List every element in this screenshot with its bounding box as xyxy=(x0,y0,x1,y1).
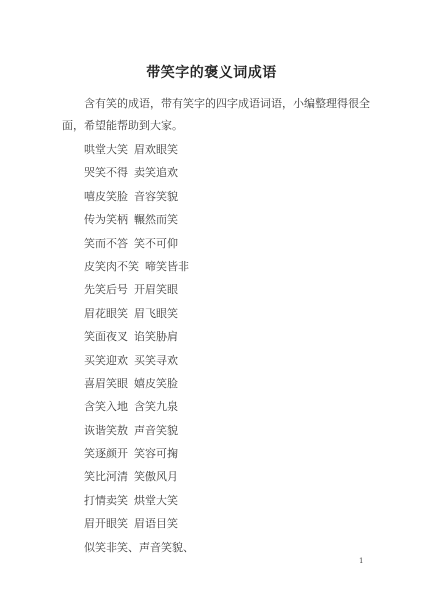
idiom-line: 笑而不答笑不可仰 xyxy=(84,232,194,255)
idiom: 音容笑貌 xyxy=(134,190,178,203)
idiom: 眉欢眼笑 xyxy=(134,143,178,156)
idiom-line: 先笑后号开眉笑眼 xyxy=(84,278,194,301)
idiom: 似笑非笑、 xyxy=(84,541,139,554)
page-title: 带笑字的褒义词成语 xyxy=(0,62,423,82)
idiom: 笑比河清 xyxy=(84,470,128,483)
idiom-line: 含笑入地含笑九泉 xyxy=(84,395,194,418)
idiom-line: 嘻皮笑脸音容笑貌 xyxy=(84,185,194,208)
idiom-line: 诙谐笑敖声音笑貌 xyxy=(84,419,194,442)
idiom-line: 似笑非笑、声音笑貌、 xyxy=(84,536,194,559)
idiom: 啼笑皆非 xyxy=(145,260,189,273)
idiom: 传为笑柄 xyxy=(84,213,128,226)
idiom: 喜眉笑眼 xyxy=(84,377,128,390)
idiom-line: 眉开眼笑眉语目笑 xyxy=(84,512,194,535)
idiom: 嘻皮笑脸 xyxy=(84,190,128,203)
idiom: 笑而不答 xyxy=(84,237,128,250)
idiom: 谄笑胁肩 xyxy=(134,330,178,343)
idiom: 声音笑貌、 xyxy=(139,541,194,554)
idiom: 先笑后号 xyxy=(84,283,128,296)
idiom: 嬉皮笑脸 xyxy=(134,377,178,390)
idiom-line: 传为笑柄冁然而笑 xyxy=(84,208,194,231)
idiom: 开眉笑眼 xyxy=(134,283,178,296)
idiom: 打情卖笑 xyxy=(84,494,128,507)
idiom: 眉开眼笑 xyxy=(84,517,128,530)
idiom-line: 皮笑肉不笑啼笑皆非 xyxy=(84,255,194,278)
document-page: 带笑字的褒义词成语 含有笑的成语，带有笑字的四字成语词语，小编整理得很全面，希望… xyxy=(0,0,423,600)
idiom-line: 笑面夜叉谄笑胁肩 xyxy=(84,325,194,348)
page-number: 1 xyxy=(359,557,363,565)
idiom-line: 哭笑不得卖笑追欢 xyxy=(84,161,194,184)
idiom: 笑逐颜开 xyxy=(84,447,128,460)
idiom: 哄堂大笑 xyxy=(84,143,128,156)
idiom-line: 喜眉笑眼嬉皮笑脸 xyxy=(84,372,194,395)
idiom: 卖笑追欢 xyxy=(134,166,178,179)
idiom: 眉花眼笑 xyxy=(84,307,128,320)
idiom: 买笑迎欢 xyxy=(84,354,128,367)
idiom-list: 哄堂大笑眉欢眼笑 哭笑不得卖笑追欢 嘻皮笑脸音容笑貌 传为笑柄冁然而笑 笑而不答… xyxy=(84,138,194,559)
idiom: 笑傲风月 xyxy=(134,470,178,483)
idiom-line: 眉花眼笑眉飞眼笑 xyxy=(84,302,194,325)
idiom: 笑不可仰 xyxy=(134,237,178,250)
idiom-line: 笑逐颜开笑容可掬 xyxy=(84,442,194,465)
idiom: 冁然而笑 xyxy=(134,213,178,226)
idiom: 含笑入地 xyxy=(84,400,128,413)
idiom: 眉语目笑 xyxy=(134,517,178,530)
idiom: 哭笑不得 xyxy=(84,166,128,179)
idiom-line: 买笑迎欢买笑寻欢 xyxy=(84,349,194,372)
idiom: 诙谐笑敖 xyxy=(84,424,128,437)
idiom-line: 打情卖笑烘堂大笑 xyxy=(84,489,194,512)
idiom: 买笑寻欢 xyxy=(134,354,178,367)
idiom: 含笑九泉 xyxy=(134,400,178,413)
idiom: 笑面夜叉 xyxy=(84,330,128,343)
idiom: 眉飞眼笑 xyxy=(134,307,178,320)
idiom: 烘堂大笑 xyxy=(134,494,178,507)
idiom: 皮笑肉不笑 xyxy=(84,260,139,273)
idiom-line: 笑比河清笑傲风月 xyxy=(84,465,194,488)
idiom: 笑容可掬 xyxy=(134,447,178,460)
idiom-line: 哄堂大笑眉欢眼笑 xyxy=(84,138,194,161)
intro-paragraph: 含有笑的成语，带有笑字的四字成语词语，小编整理得很全面，希望能帮助到大家。 xyxy=(62,93,372,137)
idiom: 声音笑貌 xyxy=(134,424,178,437)
